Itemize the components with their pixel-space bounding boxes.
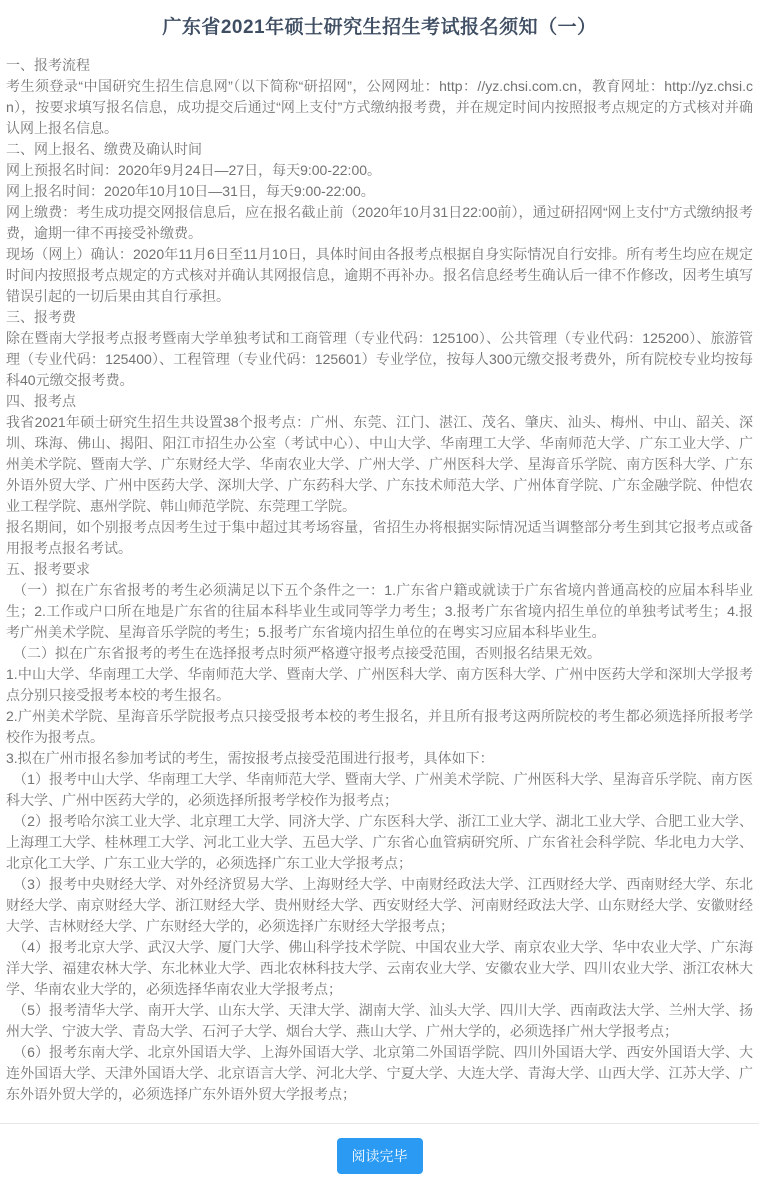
paragraph: 除在暨南大学报考点报考暨南大学单独考试和工商管理（专业代码：125100）、公共… [6, 328, 753, 391]
paragraph: 2.广州美术学院、星海音乐学院报考点只接受报考本校的考生报名，并且所有报考这两所… [6, 706, 753, 748]
paragraph: 网上缴费：考生成功提交网报信息后，应在报名截止前（2020年10月31日22:0… [6, 202, 753, 244]
footer: 阅读完毕 [6, 1124, 753, 1179]
paragraph: （1）报考中山大学、华南理工大学、华南师范大学、暨南大学、广州美术学院、广州医科… [6, 769, 753, 811]
paragraph: 考生须登录“中国研究生招生信息网”（以下简称“研招网”，公网网址：http：//… [6, 76, 753, 139]
paragraph: （一）拟在广东省报考的考生必须满足以下五个条件之一：1.广东省户籍或就读于广东省… [6, 580, 753, 643]
paragraph: 网上预报名时间：2020年9月24日—27日，每天9:00-22:00。 [6, 160, 753, 181]
paragraph: （2）报考哈尔滨工业大学、北京理工大学、同济大学、广东医科大学、浙江工业大学、湖… [6, 811, 753, 874]
paragraph: （6）报考东南大学、北京外国语大学、上海外国语大学、北京第二外国语学院、四川外国… [6, 1042, 753, 1105]
paragraph: 报名期间，如个别报考点因考生过于集中超过其考场容量，省招生办将根据实际情况适当调… [6, 517, 753, 559]
paragraph: （3）报考中央财经大学、对外经济贸易大学、上海财经大学、中南财经政法大学、江西财… [6, 874, 753, 937]
section-heading-4: 四、报考点 [6, 391, 753, 412]
notice-page: 广东省2021年硕士研究生招生考试报名须知（一） 一、报考流程 考生须登录“中国… [0, 0, 759, 1179]
paragraph: （5）报考清华大学、南开大学、山东大学、天津大学、湖南大学、汕头大学、四川大学、… [6, 1000, 753, 1042]
page-title: 广东省2021年硕士研究生招生考试报名须知（一） [6, 12, 753, 39]
paragraph: 1.中山大学、华南理工大学、华南师范大学、暨南大学、广州医科大学、南方医科大学、… [6, 664, 753, 706]
paragraph: （二）拟在广东省报考的考生在选择报考点时须严格遵守报考点接受范围，否则报名结果无… [6, 643, 753, 664]
notice-body: 一、报考流程 考生须登录“中国研究生招生信息网”（以下简称“研招网”，公网网址：… [6, 55, 753, 1105]
paragraph: （4）报考北京大学、武汉大学、厦门大学、佛山科学技术学院、中国农业大学、南京农业… [6, 937, 753, 1000]
read-done-button[interactable]: 阅读完毕 [337, 1138, 423, 1174]
section-heading-3: 三、报考费 [6, 307, 753, 328]
section-heading-5: 五、报考要求 [6, 559, 753, 580]
paragraph: 3.拟在广州市报名参加考试的考生，需按报考点接受范围进行报考，具体如下： [6, 748, 753, 769]
paragraph: 我省2021年硕士研究生招生共设置38个报考点：广州、东莞、江门、湛江、茂名、肇… [6, 412, 753, 517]
section-heading-1: 一、报考流程 [6, 55, 753, 76]
paragraph: 现场（网上）确认：2020年11月6日至11月10日，具体时间由各报考点根据自身… [6, 244, 753, 307]
paragraph: 网上报名时间：2020年10月10日—31日，每天9:00-22:00。 [6, 181, 753, 202]
section-heading-2: 二、网上报名、缴费及确认时间 [6, 139, 753, 160]
